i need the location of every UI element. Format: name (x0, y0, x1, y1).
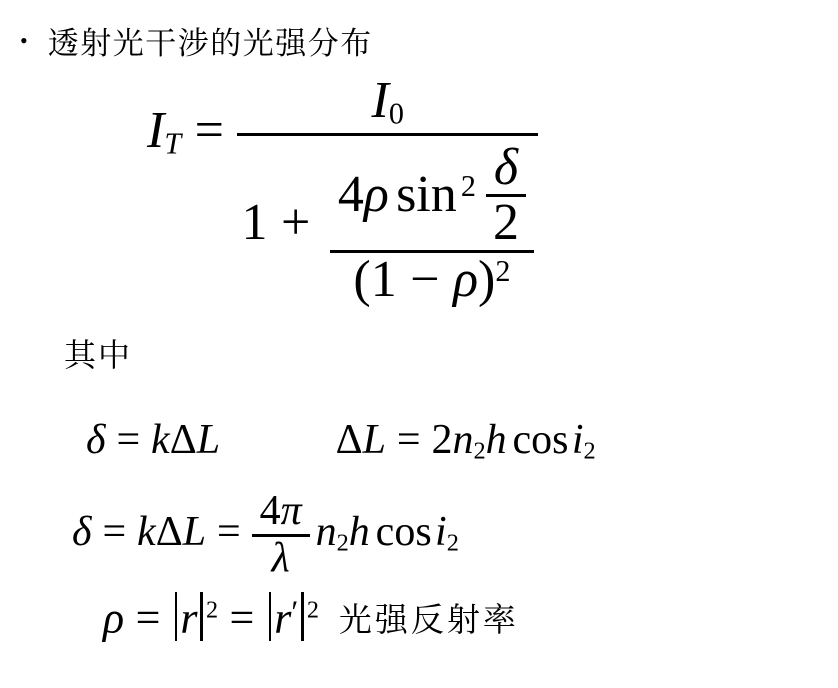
delta-half-fraction: δ 2 (486, 142, 526, 248)
exponent-two: 2 (461, 169, 476, 203)
plus-sign: + (281, 194, 310, 251)
var-I: I (372, 72, 389, 129)
var-L: L (363, 417, 386, 463)
sub-two: 2 (337, 529, 349, 556)
sub-two: 2 (473, 437, 485, 464)
main-fraction: I0 1+ 4ρsin2 δ 2 (237, 76, 538, 309)
var-k: k (151, 417, 170, 463)
rho-symbol: ρ (453, 251, 478, 308)
delta-definition-formula: δ=kΔL (86, 417, 231, 463)
var-i: i (435, 509, 447, 555)
transmitted-intensity-formula: IT= I0 1+ 4ρsin2 δ 2 (147, 76, 538, 309)
main-denominator: 1+ 4ρsin2 δ 2 (1−ρ)2 (237, 136, 538, 308)
equals-sign: = (116, 417, 140, 463)
digit-one: 1 (371, 251, 397, 308)
lambda-symbol: λ (263, 537, 297, 581)
sin-function: sin (396, 166, 457, 223)
var-n: n (452, 417, 473, 463)
right-paren: ) (478, 251, 495, 308)
main-numerator: I0 (362, 76, 414, 133)
exponent-two: 2 (307, 596, 319, 623)
sub-zero: 0 (389, 97, 404, 131)
sub-two: 2 (584, 437, 596, 464)
sub-two: 2 (447, 529, 459, 556)
one-plus: 1+ (241, 197, 323, 249)
digit-four: 4 (338, 166, 364, 223)
equals-sign: = (229, 593, 254, 642)
delta-expanded-formula: δ=kΔL=4πλn2hcosi2 (72, 490, 459, 581)
var-L: L (183, 509, 206, 555)
inner-denominator: (1−ρ)2 (345, 253, 518, 306)
reflectance-row: ρ=r2=r′2 光强反射率 (103, 592, 519, 643)
var-n: n (316, 509, 337, 555)
bullet-icon: • (20, 30, 28, 52)
digit-two: 2 (486, 197, 526, 248)
reflectance-formula: ρ=r2=r′2 (103, 592, 319, 643)
capital-delta: Δ (336, 417, 363, 463)
left-paren: ( (353, 251, 370, 308)
cos-function: cos (376, 509, 432, 555)
equals-sign: = (397, 417, 421, 463)
minus-sign: − (410, 251, 439, 308)
inner-fraction: 4ρsin2 δ 2 (1−ρ)2 (330, 140, 534, 306)
definitions-row: δ=kΔL ΔL=2n2hcosi2 (86, 416, 596, 464)
exponent-two: 2 (495, 254, 510, 288)
var-i: i (572, 417, 584, 463)
equals-sign: = (217, 509, 241, 555)
slide-title-row: • 透射光干涉的光强分布 (20, 18, 373, 63)
where-label: 其中 (64, 330, 132, 376)
formula-lhs: IT= (147, 105, 237, 157)
page-title: 透射光干涉的光强分布 (48, 18, 373, 63)
optical-path-formula: ΔL=2n2hcosi2 (336, 417, 596, 463)
absolute-value-bar (301, 592, 304, 641)
absolute-value-bar (175, 592, 178, 641)
rho-symbol: ρ (103, 593, 124, 642)
inner-numerator: 4ρsin2 δ 2 (330, 140, 534, 250)
rho-symbol: ρ (364, 166, 389, 223)
digit-one: 1 (241, 194, 267, 251)
four-pi: 4π (252, 490, 310, 534)
digit-four: 4 (260, 488, 281, 534)
four-pi-over-lambda-fraction: 4πλ (252, 490, 310, 581)
var-r: r (274, 593, 291, 642)
var-I: I (147, 102, 164, 159)
var-r: r (180, 593, 197, 642)
equals-sign: = (102, 509, 126, 555)
var-h: h (349, 509, 370, 555)
digit-two: 2 (431, 417, 452, 463)
pi-symbol: π (281, 488, 302, 534)
exponent-two: 2 (206, 596, 218, 623)
delta-symbol: δ (86, 417, 106, 463)
reflectance-label: 光强反射率 (339, 594, 519, 641)
absolute-value-bar (200, 592, 203, 641)
equals-sign: = (136, 593, 161, 642)
equals-sign: = (195, 102, 224, 159)
cos-function: cos (513, 417, 569, 463)
var-h: h (486, 417, 507, 463)
capital-delta: Δ (170, 417, 197, 463)
delta-symbol: δ (72, 509, 92, 555)
sub-T: T (164, 127, 181, 161)
var-k: k (137, 509, 156, 555)
four-rho-sin-squared: 4ρsin2 (338, 169, 476, 221)
delta-symbol: δ (487, 142, 525, 193)
absolute-value-bar (269, 592, 272, 641)
capital-delta: Δ (156, 509, 183, 555)
prime-symbol: ′ (291, 594, 298, 629)
var-L: L (197, 417, 220, 463)
